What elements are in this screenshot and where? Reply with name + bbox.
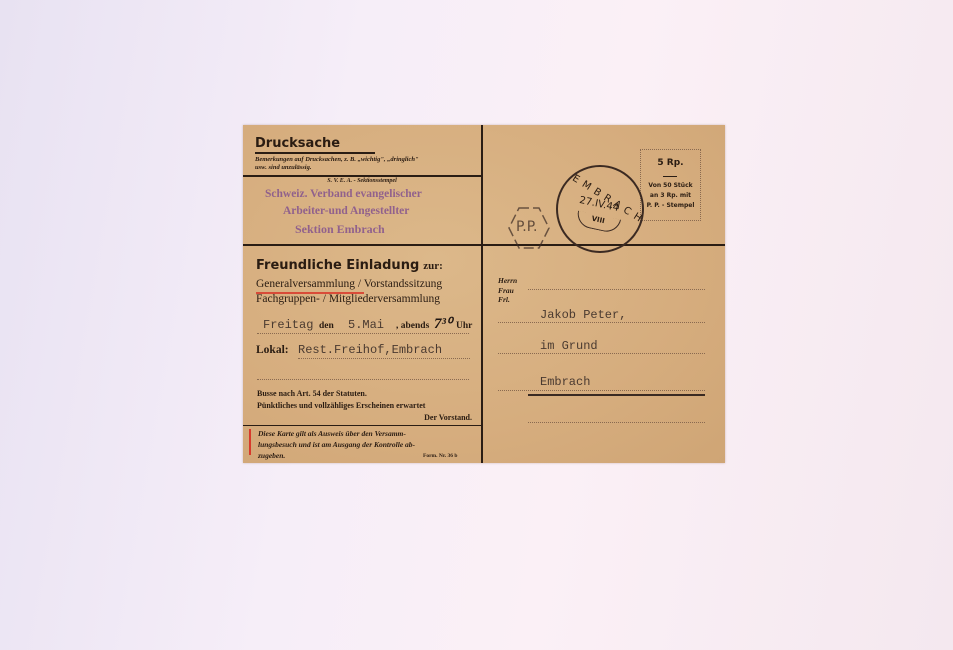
postage-box: 5 Rp. Von 50 Stück an 3 Rp. mit P. P. - … [640, 149, 701, 221]
address-street: im Grund [540, 339, 598, 353]
postage-note-3: P. P. - Stempel [641, 202, 700, 209]
lokal-value: Rest.Freihof,Embrach [298, 343, 442, 357]
postmark-circle: EMBRACH 27.IV.44 VIII [556, 165, 644, 253]
stamp-line-2: Arbeiter-und Angestellter [283, 205, 409, 217]
address-line-0 [528, 289, 705, 290]
lokal-line [298, 358, 470, 359]
signature: Der Vorstand. [424, 413, 472, 422]
salutation-herrn: Herrn [498, 276, 517, 286]
lokal-label: Lokal: [256, 344, 289, 356]
center-divider [481, 125, 483, 463]
meeting-date: 5.Mai [348, 318, 384, 332]
divider-footer [243, 425, 481, 426]
meeting-day: Freitag [263, 318, 313, 332]
address-line-2 [498, 353, 705, 354]
option-mitgliederversammlung: / Mitgliederversammlung [323, 293, 440, 305]
salutations: Herrn Frau Frl. [498, 276, 517, 305]
town-underline [528, 394, 705, 396]
footer-line-3: zugeben. [258, 451, 285, 460]
red-mark [249, 429, 251, 455]
remarks-line-1: Bemerkungen auf Drucksachen, z. B. „wich… [255, 156, 419, 163]
remarks-line-2: usw. sind unzulässig. [255, 164, 312, 171]
address-line-1 [498, 322, 705, 323]
address-town: Embrach [540, 375, 590, 389]
postmark-code-box: VIII [575, 211, 621, 235]
salutation-frl: Frl. [498, 295, 517, 305]
footer-line-2: lungsbesuch und ist am Ausgang der Kontr… [258, 440, 415, 449]
postcard: Drucksache Bemerkungen auf Drucksachen, … [243, 125, 725, 463]
attendance-text: Pünktliches und vollzähliges Erscheinen … [257, 401, 425, 410]
invitation-heading: Freundliche Einladung zur: [256, 256, 443, 274]
postmark-code: VIII [591, 215, 606, 226]
form-number: Form. Nr. 36 b [423, 453, 457, 459]
address-name: Jakob Peter, [540, 308, 626, 322]
uhr-label: Uhr [456, 321, 472, 331]
title-underline [255, 152, 375, 154]
invitation-suffix: zur: [423, 260, 443, 272]
option-fachgruppen: Fachgruppen- [256, 293, 320, 305]
divider-stamp-section [243, 244, 725, 246]
option-vorstandssitzung: / Vorstandssitzung [358, 278, 442, 290]
address-line-3 [498, 390, 705, 391]
pp-mark: P.P. [505, 205, 551, 251]
meeting-type-row-1: Generalversammlung / Vorstandssitzung [256, 278, 442, 290]
divider-drucksache [243, 175, 481, 177]
postage-value: 5 Rp. [641, 158, 700, 168]
option-generalversammlung: Generalversammlung [256, 278, 355, 290]
pp-text: P.P. [516, 219, 537, 235]
postage-note-2: an 3 Rp. mit [641, 192, 700, 199]
stamp-line-1: Schweiz. Verband evangelischer [265, 188, 422, 200]
evening-label: , abends [396, 321, 429, 331]
meeting-type-row-2: Fachgruppen- / Mitgliederversammlung [256, 293, 440, 305]
postage-rule [663, 176, 677, 177]
blank-line [257, 379, 469, 380]
postage-note-1: Von 50 Stück [641, 182, 700, 189]
fine-text: Busse nach Art. 54 der Statuten. [257, 389, 367, 398]
stamp-label: S. V. E. A. - Sektionsstempel [243, 178, 481, 184]
salutation-frau: Frau [498, 286, 517, 296]
date-line [257, 333, 469, 334]
footer-line-1: Diese Karte gilt als Ausweis über den Ve… [258, 429, 406, 438]
drucksache-title: Drucksache [255, 136, 340, 151]
address-line-4 [528, 422, 705, 423]
meeting-time: 7³⁰ [434, 314, 452, 333]
stamp-line-3: Sektion Embrach [295, 222, 385, 237]
invitation-title: Freundliche Einladung [256, 258, 419, 273]
den-label: den [319, 321, 334, 331]
